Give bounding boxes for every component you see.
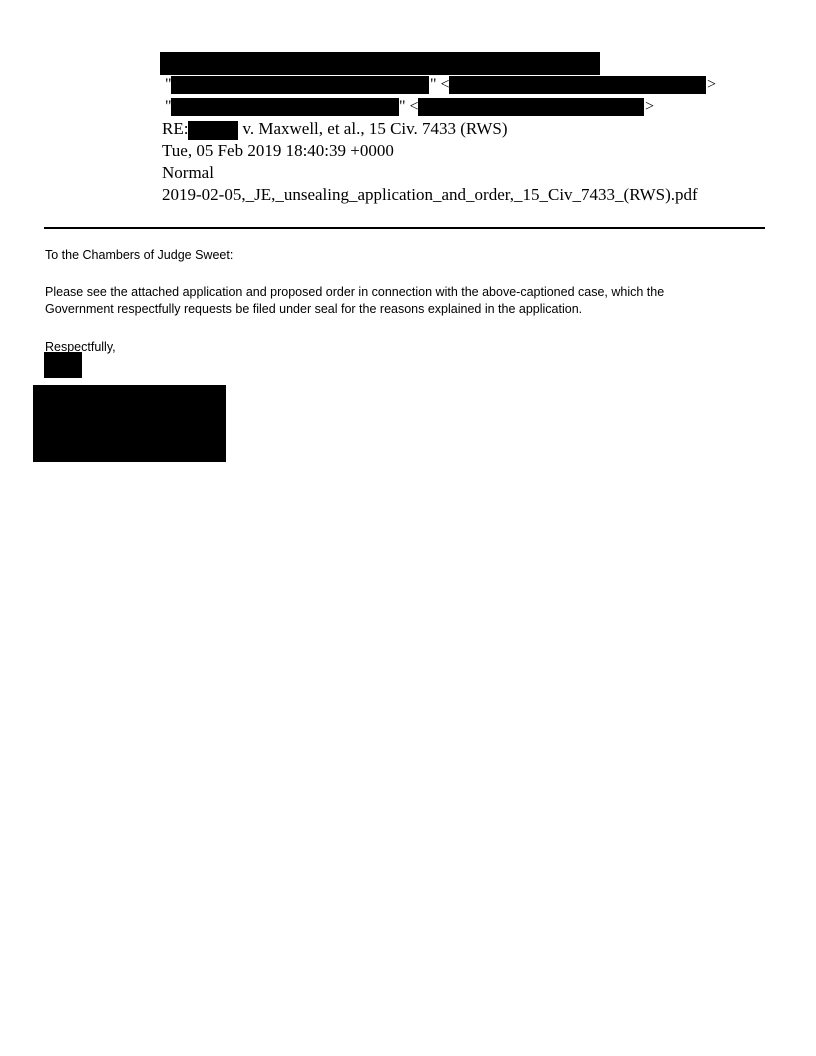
from-redaction	[160, 52, 600, 75]
subject-redaction	[188, 121, 238, 140]
to-email-redaction	[449, 76, 706, 94]
body-paragraph-line-1: Please see the attached application and …	[45, 284, 664, 301]
attachment-link[interactable]: 2019-02-05,_JE,_unsealing_application_an…	[162, 184, 698, 206]
signature-name-redaction	[44, 352, 82, 378]
cc-name-redaction	[171, 98, 399, 116]
subject-value: RE:v. Maxwell, et al., 15 Civ. 7433 (RWS…	[162, 118, 508, 140]
cc-email-redaction	[418, 98, 644, 116]
subject-prefix: RE:	[162, 119, 188, 138]
importance-value: Normal	[162, 162, 214, 184]
salutation: To the Chambers of Judge Sweet:	[45, 247, 233, 264]
header-divider	[44, 227, 765, 229]
signature-block-redaction	[33, 385, 226, 462]
to-name-redaction	[171, 76, 429, 94]
cc-close-angle: >	[645, 96, 654, 118]
cc-close-quote: " <	[399, 96, 419, 118]
to-close-angle: >	[707, 74, 716, 96]
subject-suffix: v. Maxwell, et al., 15 Civ. 7433 (RWS)	[242, 119, 507, 138]
date-value: Tue, 05 Feb 2019 18:40:39 +0000	[162, 140, 394, 162]
to-close-quote: " <	[430, 74, 450, 96]
body-paragraph-line-2: Government respectfully requests be file…	[45, 301, 582, 318]
